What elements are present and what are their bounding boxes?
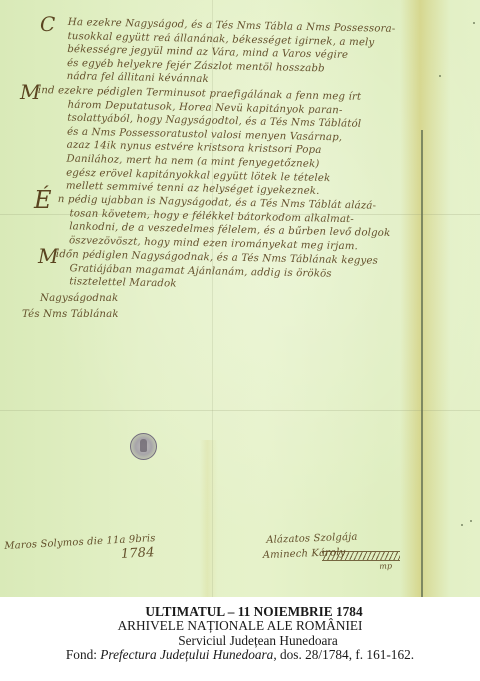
water-stain — [200, 440, 218, 597]
caption-block: ULTIMATUL – 11 NOIEMBRIE 1784 ARHIVELE N… — [0, 604, 480, 663]
caption-archive: ARHIVELE NAȚIONALE ALE ROMÂNIEI — [0, 619, 480, 634]
speck — [439, 75, 441, 77]
paragraph-initial: É — [34, 186, 52, 214]
signature-flourish — [322, 551, 400, 561]
manuscript-scan: C Ha ezekre Nagyságod, és a Tés Nms Tábl… — [0, 0, 480, 597]
speck — [461, 524, 463, 526]
caption-fond: Fond: Prefectura Județului Hunedoara, do… — [0, 648, 480, 663]
fond-name: Prefectura Județului Hunedoara — [100, 647, 273, 662]
addressee-line: Nagyságodnak — [40, 292, 119, 306]
dateline: Maros Solymos die 11a 9bris 1784 — [4, 532, 157, 567]
manuscript-paragraph: n pédig ujabban is Nagyságodat, és a Tés… — [57, 193, 391, 254]
manuscript-paragraph: Ha ezekre Nagyságod, és a Tés Nms Tábla … — [67, 16, 396, 91]
caption-service: Serviciul Județean Hunedoara — [36, 634, 480, 649]
archive-seal-stamp — [130, 433, 157, 460]
fond-suffix: , dos. 28/1784, f. 161-162. — [273, 647, 414, 662]
paragraph-initial: C — [40, 12, 55, 36]
page-edge-line — [421, 130, 423, 597]
speck — [473, 22, 475, 24]
addressee-block: Nagyságodnak Tés Nms Táblának — [40, 292, 119, 321]
manuscript-paragraph: ind ezekre pédiglen Terminusot praefigál… — [36, 84, 362, 200]
speck — [470, 520, 472, 522]
fold-crease — [0, 410, 480, 411]
addressee-line: Tés Nms Táblának — [22, 308, 119, 322]
caption-title: ULTIMATUL – 11 NOIEMBRIE 1784 — [28, 604, 480, 619]
water-stain — [400, 0, 450, 597]
manuscript-paragraph: időn pédiglen Nagyságodnak, és a Tés Nms… — [55, 248, 378, 296]
fond-prefix: Fond: — [66, 647, 100, 662]
